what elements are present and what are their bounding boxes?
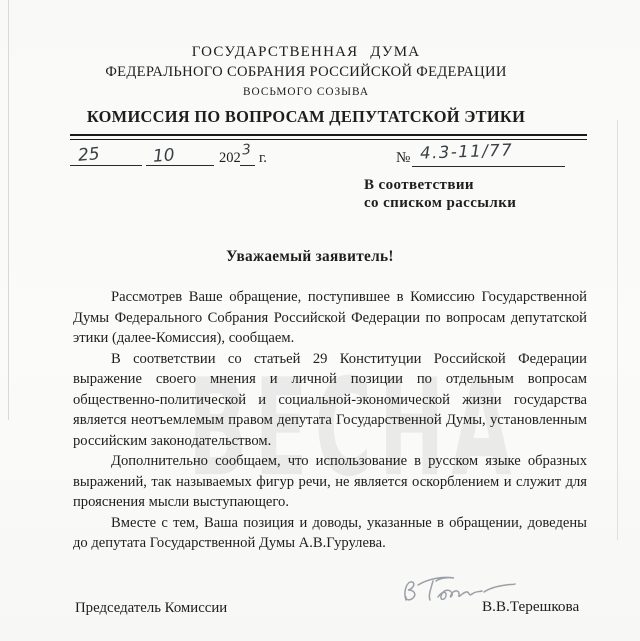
letter-body: Рассмотрев Ваше обращение, поступившее в…: [73, 287, 587, 554]
printed-year-prefix: 202: [219, 150, 241, 167]
handwritten-outgoing-number: 4.3-11/77: [420, 140, 514, 162]
salutation: Уважаемый заявитель!: [0, 248, 620, 266]
letterhead-org-line1: ГОСУДАРСТВЕННАЯ ДУМА: [0, 44, 612, 61]
signer-role: Председатель Комиссии: [75, 600, 227, 617]
addressee-block: В соответствии со списком рассылки: [364, 176, 516, 212]
letterhead-convocation: ВОСЬМОГО СОЗЫВА: [0, 86, 612, 98]
scanned-letter-page: ВЕСНА ГОСУДАРСТВЕННАЯ ДУМА ФЕДЕРАЛЬНОГО …: [0, 0, 640, 641]
signer-name: В.В.Терешкова: [482, 598, 579, 616]
handwritten-day: 25: [77, 144, 100, 166]
letterhead-commission-name: КОМИССИЯ ПО ВОПРОСАМ ДЕПУТАТСКОЙ ЭТИКИ: [0, 107, 612, 127]
number-sign-label: №: [396, 150, 410, 167]
handwritten-year-digit: 3: [241, 142, 252, 159]
printed-year-label: г.: [259, 150, 267, 167]
body-paragraph-1: Рассмотрев Ваше обращение, поступившее в…: [73, 287, 587, 349]
addressee-line2: со списком рассылки: [364, 194, 516, 212]
scan-artifact-right-edge: [617, 120, 618, 540]
letterhead: ГОСУДАРСТВЕННАЯ ДУМА ФЕДЕРАЛЬНОГО СОБРАН…: [0, 44, 612, 127]
year-underline: [240, 164, 255, 166]
body-paragraph-2: В соответствии со статьей 29 Конституции…: [73, 349, 587, 452]
addressee-line1: В соответствии: [364, 176, 516, 194]
month-underline: [146, 164, 214, 166]
letterhead-divider-rule: [70, 134, 587, 140]
letterhead-org-line2: ФЕДЕРАЛЬНОГО СОБРАНИЯ РОССИЙСКОЙ ФЕДЕРАЦ…: [0, 64, 612, 81]
number-underline: [412, 165, 565, 167]
body-paragraph-3: Дополнительно сообщаем, что использовани…: [73, 451, 587, 513]
day-underline: [70, 164, 142, 166]
body-paragraph-4: Вместе с тем, Ваша позиция и доводы, ука…: [73, 513, 587, 554]
